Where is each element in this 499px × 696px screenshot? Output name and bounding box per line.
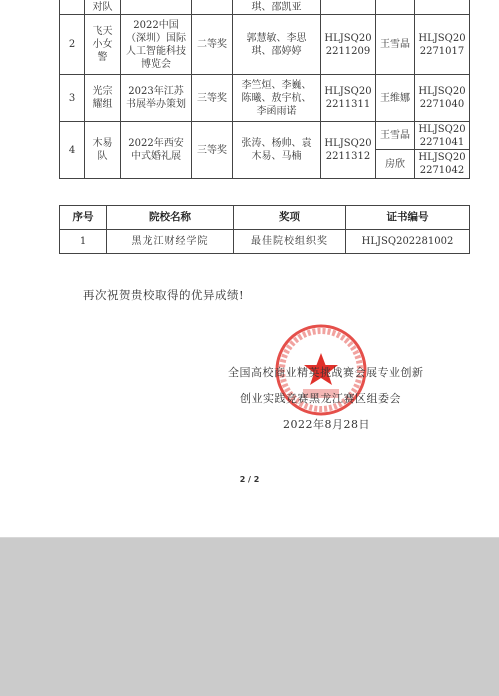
header-school: 院校名称: [107, 206, 234, 230]
cell-advisor: 王雪晶: [376, 122, 415, 150]
cell-no: 1: [60, 230, 107, 254]
cell-advisor: 王雪晶: [376, 15, 415, 75]
cell-cert: HLJSQ202281002: [346, 230, 470, 254]
cell-prize: 三等奖: [192, 75, 233, 122]
cell-award: 最佳院校组织奖: [234, 230, 346, 254]
cell-no: 2: [60, 15, 85, 75]
congratulations-text: 再次祝贺贵校取得的优异成绩!: [83, 287, 244, 303]
cell-members: 李竺烜、李巍、陈曦、敖宇杭、李函雨诺: [233, 75, 321, 122]
table-row: 2 飞天小女警 2022中国（深圳）国际人工智能科技博览会 二等奖 郭慧敏、李思…: [60, 15, 470, 75]
cell-advisor: 房欣: [376, 150, 415, 179]
table-header-row: 序号 院校名称 奖项 证书编号: [60, 206, 470, 230]
cell-prize: 三等奖: [192, 122, 233, 179]
signature-date: 2022年8月28日: [283, 416, 370, 432]
cell-cert: HLJSQ202211312: [321, 122, 376, 179]
cell-advisor: [376, 0, 415, 15]
document-page: 对队 琪、邵凯亚 2 飞天小女警 2022中国（深圳）国际人工智能科技博览会 二…: [0, 0, 499, 537]
page-indicator: 2 / 2: [0, 475, 499, 484]
cell-prize: 二等奖: [192, 15, 233, 75]
cell-no: 4: [60, 122, 85, 179]
cell-advisor-cert: HLJSQ202271042: [415, 150, 470, 179]
cell-project: 2022年西安中式婚礼展: [121, 122, 192, 179]
cell-advisor-cert: HLJSQ202271041: [415, 122, 470, 150]
awards-table: 对队 琪、邵凯亚 2 飞天小女警 2022中国（深圳）国际人工智能科技博览会 二…: [59, 0, 470, 179]
header-cert: 证书编号: [346, 206, 470, 230]
viewer-background: [0, 537, 499, 696]
cell-school: 黑龙江财经学院: [107, 230, 234, 254]
organizer-line-2: 创业实践竞赛黑龙江赛区组委会: [240, 390, 401, 406]
cell-project: 2022中国（深圳）国际人工智能科技博览会: [121, 15, 192, 75]
cell-team: 飞天小女警: [85, 15, 121, 75]
cell-team: 光宗耀组: [85, 75, 121, 122]
header-no: 序号: [60, 206, 107, 230]
cell-members: 琪、邵凯亚: [233, 0, 321, 15]
cell-advisor-cert: HLJSQ202271040: [415, 75, 470, 122]
cell-advisor-cert: HLJSQ202271017: [415, 15, 470, 75]
header-award: 奖项: [234, 206, 346, 230]
cell-team: 对队: [85, 0, 121, 15]
cell-cert: [321, 0, 376, 15]
school-award-table: 序号 院校名称 奖项 证书编号 1 黑龙江财经学院 最佳院校组织奖 HLJSQ2…: [59, 205, 470, 254]
table-row: 对队 琪、邵凯亚: [60, 0, 470, 15]
table-row: 3 光宗耀组 2023年江苏书展举办策划 三等奖 李竺烜、李巍、陈曦、敖宇杭、李…: [60, 75, 470, 122]
cell-members: 郭慧敏、李思琪、邵婷婷: [233, 15, 321, 75]
cell-team: 木易队: [85, 122, 121, 179]
cell-no: 3: [60, 75, 85, 122]
cell-prize: [192, 0, 233, 15]
cell-no: [60, 0, 85, 15]
table-row: 1 黑龙江财经学院 最佳院校组织奖 HLJSQ202281002: [60, 230, 470, 254]
cell-advisor-cert: [415, 0, 470, 15]
cell-advisor: 王维娜: [376, 75, 415, 122]
cell-cert: HLJSQ202211209: [321, 15, 376, 75]
cell-project: [121, 0, 192, 15]
table-row: 4 木易队 2022年西安中式婚礼展 三等奖 张涛、杨帅、袁木易、马楠 HLJS…: [60, 122, 470, 150]
cell-cert: HLJSQ202211311: [321, 75, 376, 122]
cell-members: 张涛、杨帅、袁木易、马楠: [233, 122, 321, 179]
organizer-line-1: 全国高校商业精英挑战赛会展专业创新: [228, 364, 424, 380]
cell-project: 2023年江苏书展举办策划: [121, 75, 192, 122]
